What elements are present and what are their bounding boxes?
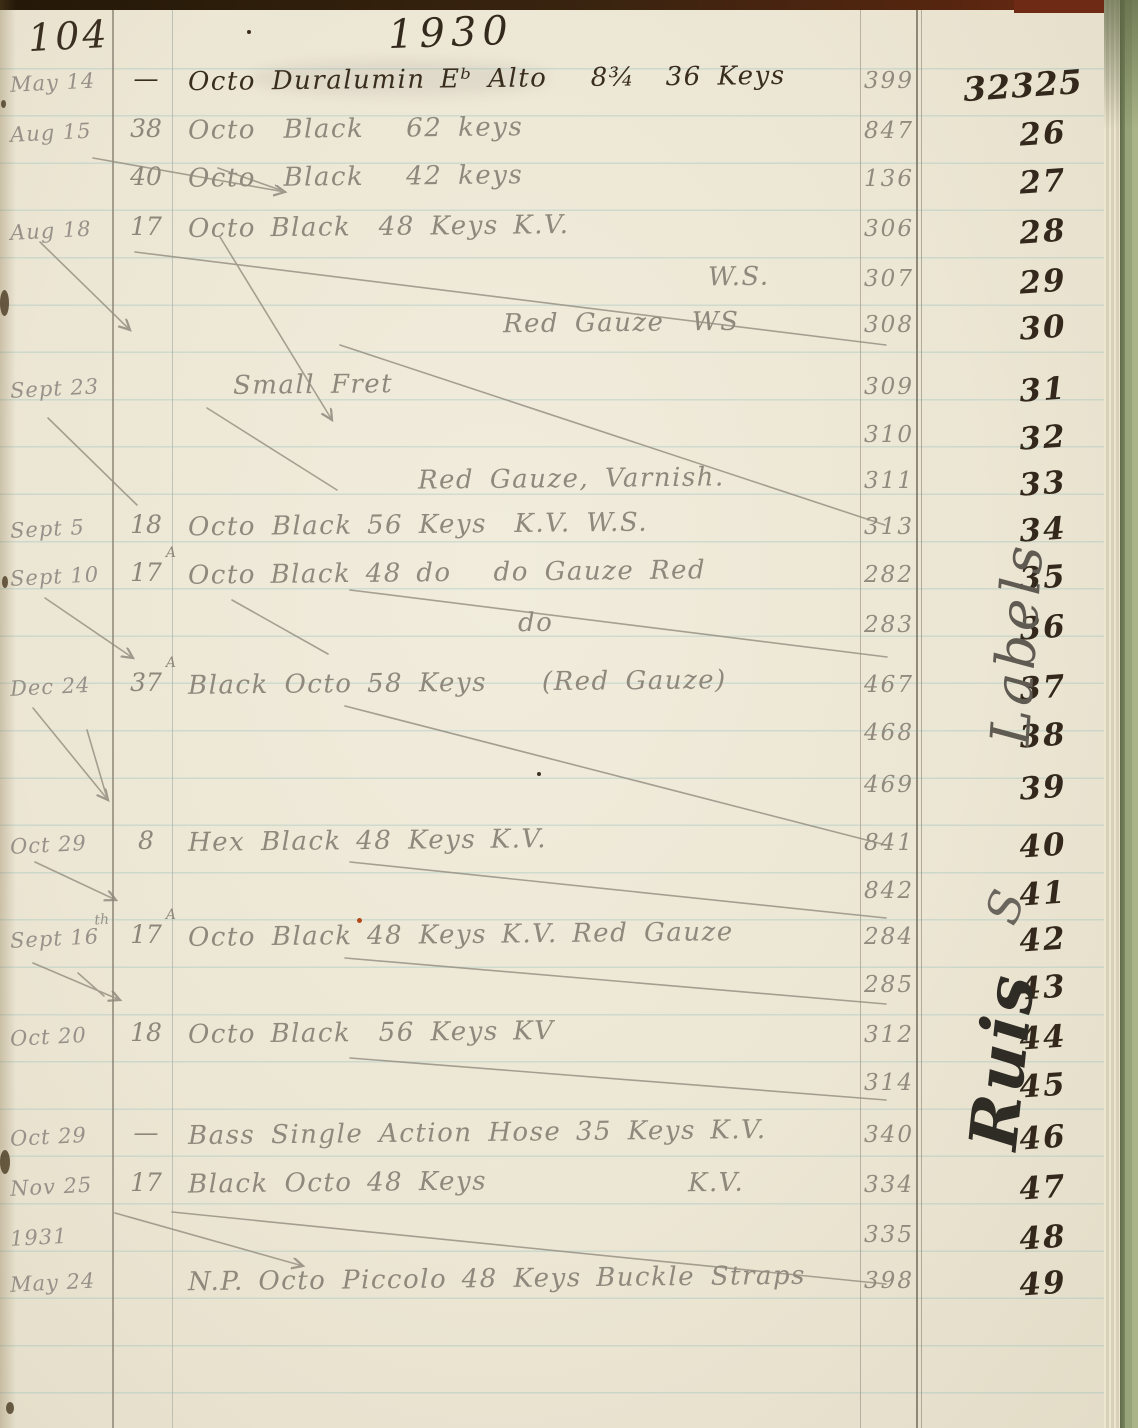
entry-description: Octo Black 56 Keys KV	[188, 1016, 555, 1050]
rust-speck	[357, 918, 362, 923]
ledger-row: Oct 2018Octo Black 56 Keys KV31244	[0, 1016, 1104, 1062]
entry-quantity: 17	[116, 212, 176, 241]
entry-ledger-number: 49	[987, 1262, 1099, 1306]
entry-date: Sept 16th	[9, 923, 122, 953]
entry-ledger-number: 28	[987, 210, 1099, 254]
entry-quantity: 37A	[116, 668, 176, 697]
entry-date: Dec 24	[9, 671, 122, 701]
entry-serial-number: 399	[858, 68, 920, 94]
entry-serial-number: 285	[858, 972, 920, 998]
entry-ledger-number: 27	[987, 160, 1099, 204]
ledger-row: Red Gauze WS30830	[0, 306, 1104, 352]
entry-ledger-number: 32	[987, 416, 1099, 460]
entry-serial-number: 468	[858, 720, 920, 746]
entry-quantity: 18	[116, 510, 176, 539]
entry-ledger-number: 30	[987, 306, 1099, 350]
page-number: 104	[27, 12, 111, 60]
entry-date: Aug 18	[9, 215, 122, 245]
entry-description: Octo Black 56 Keys K.V. W.S.	[188, 508, 648, 543]
entry-description: Red Gauze, Varnish.	[418, 462, 725, 495]
entry-description: Black Octo 48 Keys	[188, 1166, 487, 1199]
entry-serial-number: 310	[858, 422, 920, 448]
entry-serial-number: 842	[858, 878, 920, 904]
ledger-row: 46838	[0, 714, 1104, 760]
entry-serial-number: 284	[858, 924, 920, 950]
book-top-corner	[1014, 0, 1106, 13]
cover-shadow	[1120, 0, 1125, 1428]
ledger-page: 104 1930 May 14—Octo Duralumin Eᵇ Alto 8…	[0, 0, 1104, 1428]
entry-date: Sept 5	[9, 513, 122, 543]
entry-date: May 14	[9, 67, 122, 97]
entry-serial-number: 306	[858, 216, 920, 242]
ledger-row: Sept 16th17AOcto Black 48 Keys K.V. Red …	[0, 918, 1104, 964]
ledger-row: Dec 2437ABlack Octo 58 Keys (Red Gauze)4…	[0, 666, 1104, 712]
entry-quantity: 8	[116, 826, 176, 855]
entry-quantity: —	[116, 1118, 176, 1147]
entry-serial-number: 312	[858, 1022, 920, 1048]
entry-serial-number: 283	[858, 612, 920, 638]
book-top-edge	[0, 0, 1104, 10]
entry-date: Sept 23	[9, 373, 122, 403]
entry-quantity: 17A	[116, 558, 176, 587]
ledger-row: Aug 1538Octo Black 62 keys84726	[0, 112, 1104, 158]
entry-date: Oct 29	[9, 829, 122, 859]
ledger-row: May 24N.P. Octo Piccolo 48 Keys Buckle S…	[0, 1262, 1104, 1308]
entry-serial-number: 282	[858, 562, 920, 588]
entry-description: Octo Black 48 do do Gauze Red	[188, 555, 706, 590]
entry-quantity-superscript: A	[166, 907, 176, 923]
entry-serial-number: 334	[858, 1172, 920, 1198]
entry-description: Hex Black 48 Keys K.V.	[188, 824, 547, 858]
ledger-row: May 14—Octo Duralumin Eᵇ Alto 8¾ 36 Keys…	[0, 62, 1104, 108]
entry-description: Octo Black 62 keys	[188, 112, 524, 146]
entry-serial-number: 335	[858, 1222, 920, 1248]
entry-quantity: 18	[116, 1018, 176, 1047]
entry-date: 1931	[9, 1221, 122, 1251]
entry-ledger-number: 26	[987, 112, 1099, 156]
binding-stitch	[0, 290, 9, 316]
entry-serial-number: 467	[858, 672, 920, 698]
entry-description: Black Octo 58 Keys (Red Gauze)	[188, 665, 727, 701]
entry-description: N.P. Octo Piccolo 48 Keys Buckle Straps	[188, 1261, 806, 1297]
ledger-row: Oct 298Hex Black 48 Keys K.V.84140	[0, 824, 1104, 870]
ledger-row: Sept 23Small Fret30931	[0, 368, 1104, 414]
entry-serial-number: 311	[858, 468, 920, 494]
entry-description: Red Gauze WS	[503, 307, 740, 339]
entry-description: Small Fret	[233, 369, 393, 401]
entry-description-extra: K.V.	[688, 1168, 744, 1199]
entry-quantity: —	[116, 64, 176, 93]
ledger-row: Nov 2517Black Octo 48 KeysK.V.33447	[0, 1166, 1104, 1212]
ledger-row: 31445	[0, 1064, 1104, 1110]
cover-edge-highlight	[1132, 0, 1138, 1428]
entry-date: May 24	[9, 1267, 122, 1297]
entry-date: Oct 29	[9, 1121, 122, 1151]
year-heading: 1930	[387, 8, 514, 58]
entry-description: Octo Black 48 Keys K.V.	[188, 210, 570, 244]
entry-ledger-number: 48	[987, 1216, 1099, 1260]
entry-description: Octo Black 42 keys	[188, 160, 524, 194]
entry-ledger-number: 32325	[943, 61, 1103, 111]
entry-serial-number: 136	[858, 166, 920, 192]
binding-edge-shade	[0, 0, 16, 1428]
binding-stitch	[0, 1150, 10, 1174]
entry-ledger-number: 29	[987, 260, 1099, 304]
entry-description: Octo Duralumin Eᵇ Alto 8¾ 36 Keys	[188, 61, 786, 97]
entry-date: Aug 15	[9, 117, 122, 147]
entry-description: Octo Black 48 Keys K.V. Red Gauze	[188, 917, 734, 953]
page-stack-edge	[1104, 0, 1120, 1428]
ledger-row: Aug 1817Octo Black 48 Keys K.V.30628	[0, 210, 1104, 256]
ledger-row: W.S.30729	[0, 260, 1104, 306]
ledger-row: Sept 1017AOcto Black 48 do do Gauze Red2…	[0, 556, 1104, 602]
binding-stitch	[2, 576, 8, 588]
entry-serial-number: 307	[858, 266, 920, 292]
entry-serial-number: 314	[858, 1070, 920, 1096]
entry-quantity-superscript: A	[166, 655, 176, 671]
entry-ledger-number: 40	[987, 824, 1099, 868]
entry-serial-number: 847	[858, 118, 920, 144]
entry-quantity: 17A	[116, 920, 176, 949]
binding-stitch	[6, 1402, 14, 1414]
ledger-row: Oct 29—Bass Single Action Hose 35 Keys K…	[0, 1116, 1104, 1162]
ledger-row: 193133548	[0, 1216, 1104, 1262]
entry-description: Bass Single Action Hose 35 Keys K.V.	[188, 1115, 767, 1151]
entry-ledger-number: 31	[987, 368, 1099, 412]
entry-date: Nov 25	[9, 1171, 122, 1201]
entry-serial-number: 309	[858, 374, 920, 400]
entry-description: W.S.	[708, 262, 770, 293]
entry-serial-number: 398	[858, 1268, 920, 1294]
entry-quantity-superscript: A	[166, 545, 176, 561]
ledger-photo: { "page": { "number": "104", "year": "19…	[0, 0, 1138, 1428]
ledger-row: 31032	[0, 416, 1104, 462]
binding-stitch	[1, 100, 6, 108]
entry-serial-number: 841	[858, 830, 920, 856]
entry-date-superscript: th	[94, 912, 109, 929]
ink-speck	[247, 30, 251, 34]
entry-date: Oct 20	[9, 1021, 122, 1051]
cover-top-shade	[1104, 0, 1138, 130]
ledger-row: 28543	[0, 966, 1104, 1012]
entry-serial-number: 469	[858, 772, 920, 798]
entry-serial-number: 308	[858, 312, 920, 338]
entry-serial-number: 313	[858, 514, 920, 540]
ink-speck	[537, 772, 541, 776]
ledger-row: do28336	[0, 606, 1104, 652]
entry-serial-number: 340	[858, 1122, 920, 1148]
entry-quantity: 17	[116, 1168, 176, 1197]
ledger-row: 46939	[0, 766, 1104, 812]
entry-description: do	[518, 608, 554, 638]
entry-date: Sept 10	[9, 561, 122, 591]
entry-quantity: 38	[116, 114, 176, 143]
ledger-row: Red Gauze, Varnish.31133	[0, 462, 1104, 508]
ledger-row: 40Octo Black 42 keys13627	[0, 160, 1104, 206]
entry-quantity: 40	[116, 162, 176, 191]
